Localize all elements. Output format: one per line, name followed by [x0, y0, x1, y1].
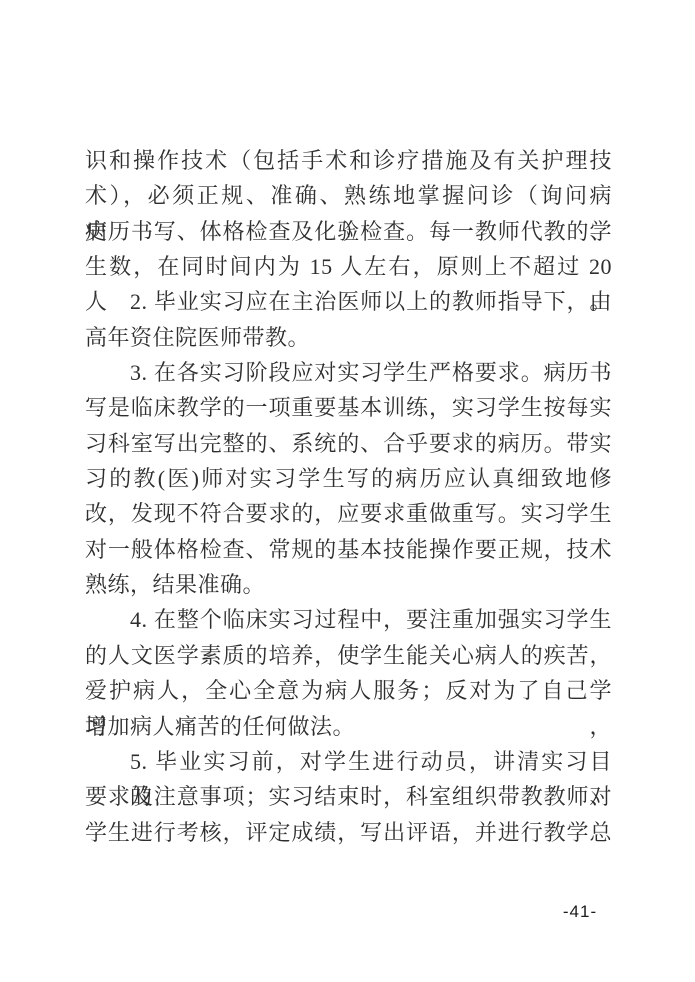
- body-text: 识和操作技术（包括手术和诊疗措施及有关护理技术），必须正规、准确、熟练地掌握问诊…: [85, 143, 612, 850]
- document-page: 识和操作技术（包括手术和诊疗措施及有关护理技术），必须正规、准确、熟练地掌握问诊…: [0, 0, 695, 982]
- text-line-6: 高年资住院医师带教。: [85, 320, 612, 355]
- text-line-12: 对一般体格检查、常规的基本技能操作要正规，技术: [85, 532, 612, 567]
- text-line-18: 5. 毕业实习前，对学生进行动员，讲清实习目的、: [85, 744, 612, 779]
- text-line-14: 4. 在整个临床实习过程中，要注重加强实习学生: [85, 602, 612, 637]
- text-line-8: 写是临床教学的一项重要基本训练，实习学生按每实: [85, 390, 612, 425]
- text-line-2: 术），必须正规、准确、熟练地掌握问诊（询问病史）、: [85, 178, 612, 213]
- text-line-10: 习的教(医)师对实习学生写的病历应认真细致地修: [85, 461, 612, 496]
- text-line-20: 学生进行考核，评定成绩，写出评语，并进行教学总: [85, 815, 612, 850]
- text-line-9: 习科室写出完整的、系统的、合乎要求的病历。带实: [85, 426, 612, 461]
- text-line-19: 要求及注意事项；实习结束时，科室组织带教教师对: [85, 779, 612, 814]
- text-line-5: 2. 毕业实习应在主治医师以上的教师指导下，由: [85, 284, 612, 319]
- text-line-1: 识和操作技术（包括手术和诊疗措施及有关护理技: [85, 143, 612, 178]
- text-line-3: 病历书写、体格检查及化验检查。每一教师代教的学: [85, 214, 612, 249]
- text-line-4: 生数，在同时间内为 15 人左右，原则上不超过 20 人。: [85, 249, 612, 284]
- text-line-11: 改，发现不符合要求的，应要求重做重写。实习学生: [85, 496, 612, 531]
- page-number: -41-: [540, 901, 620, 923]
- text-line-15: 的人文医学素质的培养，使学生能关心病人的疾苦，: [85, 638, 612, 673]
- text-line-13: 熟练，结果准确。: [85, 567, 612, 602]
- text-line-16: 爱护病人，全心全意为病人服务；反对为了自己学习，: [85, 673, 612, 708]
- text-line-7: 3. 在各实习阶段应对实习学生严格要求。病历书: [85, 355, 612, 390]
